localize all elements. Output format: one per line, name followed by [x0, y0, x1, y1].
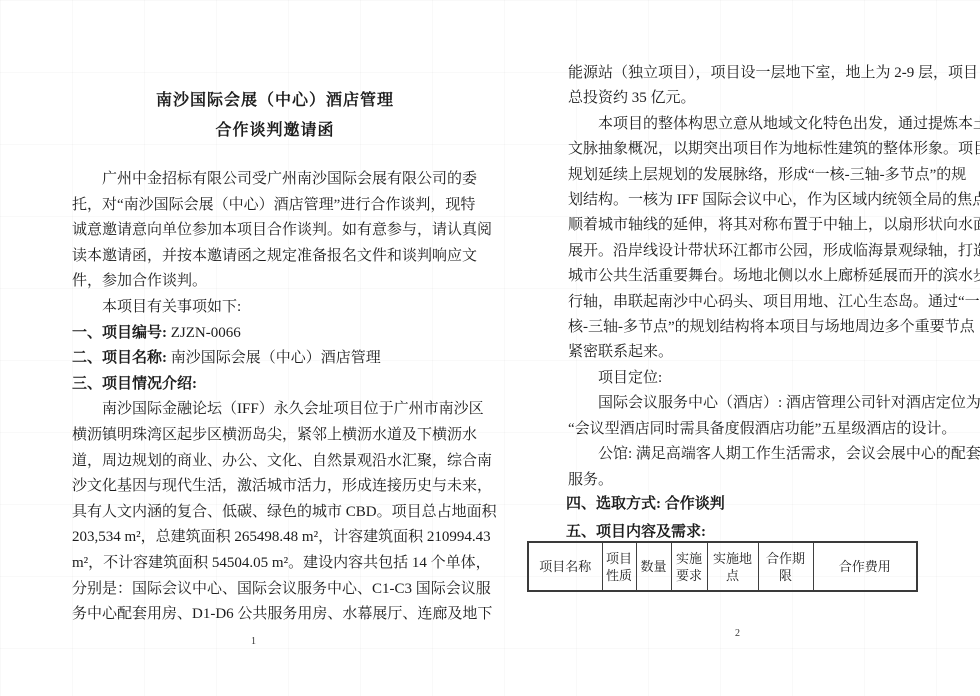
body-line: 能源站（独立项目），项目设一层地下室，地上为 2-9 层，项目 [568, 61, 916, 86]
table-header-cell: 实施要求 [671, 542, 707, 591]
section-heading-1: 一、项目编号: ZJZN-0066 [72, 321, 478, 347]
body-line: 203,534 m²，总建筑面积 265498.48 m²，计容建筑面积 210… [72, 525, 478, 551]
document-title-line-1: 南沙国际会展（中心）酒店管理 [72, 86, 478, 116]
document-title: 南沙国际会展（中心）酒店管理 合作谈判邀请函 [72, 86, 478, 146]
body-line: m²，不计容建筑面积 54504.05 m²。建设内容共包括 14 个单体， [72, 551, 478, 577]
section-heading-5: 五、项目内容及需求: [566, 520, 926, 541]
page-number-2: 2 [735, 628, 740, 639]
page-number-1: 1 [251, 636, 256, 647]
table-header-cell: 项目名称 [528, 542, 602, 591]
body-line: 总投资约 35 亿元。 [568, 86, 916, 111]
body-line: 件，参加合作谈判。 [72, 269, 478, 295]
body-line: 分别是：国际会议中心、国际会议服务中心、C1-C3 国际会议服 [72, 577, 478, 603]
project-name-value: 南沙国际会展（中心）酒店管理 [167, 350, 381, 366]
body-line: 规划延续上层规划的发展脉络，形成“一核-三轴-多节点”的规 [568, 163, 916, 188]
body-line: 具有人文内涵的复合、低碳、绿色的城市 CBD。项目总占地面积 [72, 500, 478, 526]
body-line: 托，对“南沙国际会展（中心）酒店管理”进行合作谈判，现特 [72, 193, 478, 219]
body-line: 文脉抽象概况，以期突出项目作为地标性建筑的整体形象。项目 [568, 137, 916, 162]
table-header-row: 项目名称 项目性质 数量 实施要求 实施地点 合作期限 合作费用 [528, 542, 917, 591]
body-line: 公馆: 满足高端客人期工作生活需求，会议会展中心的配套 [568, 442, 916, 467]
body-line: 沙文化基因与现代生活，激活城市活力，形成连接历史与未来， [72, 474, 478, 500]
body-line: 广州中金招标有限公司受广州南沙国际会展有限公司的委 [72, 167, 478, 193]
project-number-value: ZJZN-0066 [167, 325, 241, 341]
body-line: “会议型酒店同时需具备度假酒店功能”五星级酒店的设计。 [568, 417, 916, 442]
body-line: 南沙国际金融论坛（IFF）永久会址项目位于广州市南沙区 [72, 397, 478, 423]
section-heading-1-label: 一、项目编号: [72, 325, 167, 341]
table-header-cell: 数量 [636, 542, 671, 591]
table-header-cell: 合作费用 [813, 542, 917, 591]
body-line: 本项目的整体构思立意从地域文化特色出发，通过提炼本土 [568, 112, 916, 137]
body-line: 横沥镇明珠湾区起步区横沥岛尖，紧邻上横沥水道及下横沥水 [72, 423, 478, 449]
body-line: 本项目有关事项如下: [72, 295, 478, 321]
body-line: 展开。沿岸线设计带状环江都市公园，形成临海景观绿轴，打造 [568, 239, 916, 264]
body-line: 紧密联系起来。 [568, 340, 916, 365]
page-1-body: 广州中金招标有限公司受广州南沙国际会展有限公司的委 托，对“南沙国际会展（中心）… [72, 167, 478, 628]
table-header-cell: 实施地点 [707, 542, 758, 591]
project-requirements-table: 项目名称 项目性质 数量 实施要求 实施地点 合作期限 合作费用 [527, 541, 918, 592]
body-line: 务中心配套用房、D1-D6 公共服务用房、水幕展厅、连廊及地下 [72, 602, 478, 628]
section-heading-3: 三、项目情况介绍: [72, 372, 478, 398]
body-line: 划结构。一核为 IFF 国际会议中心，作为区域内统领全局的焦点， [568, 188, 916, 213]
body-line: 城市公共生活重要舞台。场地北侧以水上廊桥延展而开的滨水步 [568, 264, 916, 289]
body-line: 读本邀请函，并按本邀请函之规定准备报名文件和谈判响应文 [72, 244, 478, 270]
section-heading-2-label: 二、项目名称: [72, 350, 167, 366]
document-title-line-2: 合作谈判邀请函 [72, 116, 478, 146]
body-line: 服务。 [568, 468, 916, 493]
table-header-cell: 合作期限 [758, 542, 813, 591]
body-line: 顺着城市轴线的延伸，将其对称布置于中轴上，以扇形状向水面 [568, 213, 916, 238]
body-line: 项目定位: [568, 366, 916, 391]
body-line: 国际会议服务中心（酒店）: 酒店管理公司针对酒店定位为 [568, 391, 916, 416]
section-heading-2: 二、项目名称: 南沙国际会展（中心）酒店管理 [72, 346, 478, 372]
page-2-body: 能源站（独立项目），项目设一层地下室，地上为 2-9 层，项目 总投资约 35 … [568, 61, 916, 493]
section-heading-4: 四、选取方式: 合作谈判 [566, 492, 926, 513]
document-page-spread: 南沙国际会展（中心）酒店管理 合作谈判邀请函 广州中金招标有限公司受广州南沙国际… [0, 0, 980, 696]
body-line: 道，周边规划的商业、办公、文化、自然景观沿水汇聚，综合南 [72, 449, 478, 475]
body-line: 核-三轴-多节点”的规划结构将本项目与场地周边多个重要节点 [568, 315, 916, 340]
body-line: 行轴，串联起南沙中心码头、项目用地、江心生态岛。通过“一 [568, 290, 916, 315]
body-line: 诚意邀请意向单位参加本项目合作谈判。如有意参与，请认真阅 [72, 218, 478, 244]
table-header-cell: 项目性质 [602, 542, 636, 591]
